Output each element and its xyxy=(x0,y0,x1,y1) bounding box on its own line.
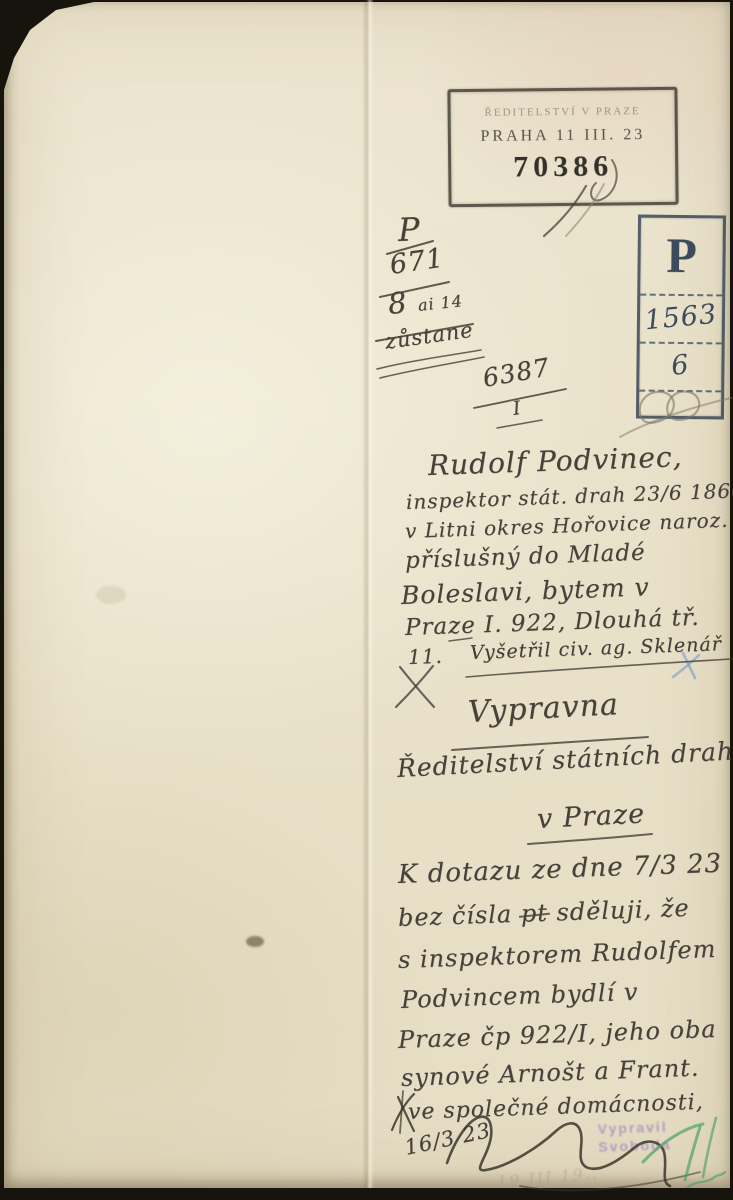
dispatch-purple-stamp: Vypravil Svoboda xyxy=(597,1117,708,1156)
registry-stamp-office: ŘEDITELSTVÍ V PRAZE xyxy=(451,105,675,119)
p-box-row2: 6 xyxy=(637,340,723,394)
scanned-document-page: ŘEDITELSTVÍ V PRAZE PRAHA 11 III. 23 703… xyxy=(0,0,733,1200)
file-ref-p: P xyxy=(397,213,421,246)
doc-number-denominator: I xyxy=(512,399,523,419)
file-ref-671: 671 xyxy=(388,245,446,279)
struck-word: pt xyxy=(520,899,548,928)
fold-crease xyxy=(362,0,374,1188)
registry-stamp: ŘEDITELSTVÍ V PRAZE PRAHA 11 III. 23 703… xyxy=(447,87,678,207)
dispatch-title: Vypravna xyxy=(467,690,619,728)
registry-stamp-number: 70386 xyxy=(451,149,675,185)
p-box-stamp: P 1563 6 xyxy=(636,215,726,420)
reply-line-part: bez čísla xyxy=(398,900,522,932)
reply-line-part: sděluji, že xyxy=(547,894,690,927)
paper-stain xyxy=(96,586,126,604)
p-box-row1: 1563 xyxy=(638,292,724,346)
dispatch-city: v Praze xyxy=(536,800,645,833)
person-line-number: 11. xyxy=(408,646,443,667)
file-ref-8: 8 xyxy=(386,285,409,321)
ink-smudge xyxy=(246,936,264,947)
registry-stamp-date: PRAHA 11 III. 23 xyxy=(451,126,675,146)
file-ref-ai14: ai 14 xyxy=(417,291,464,315)
p-box-letter: P xyxy=(640,218,723,295)
